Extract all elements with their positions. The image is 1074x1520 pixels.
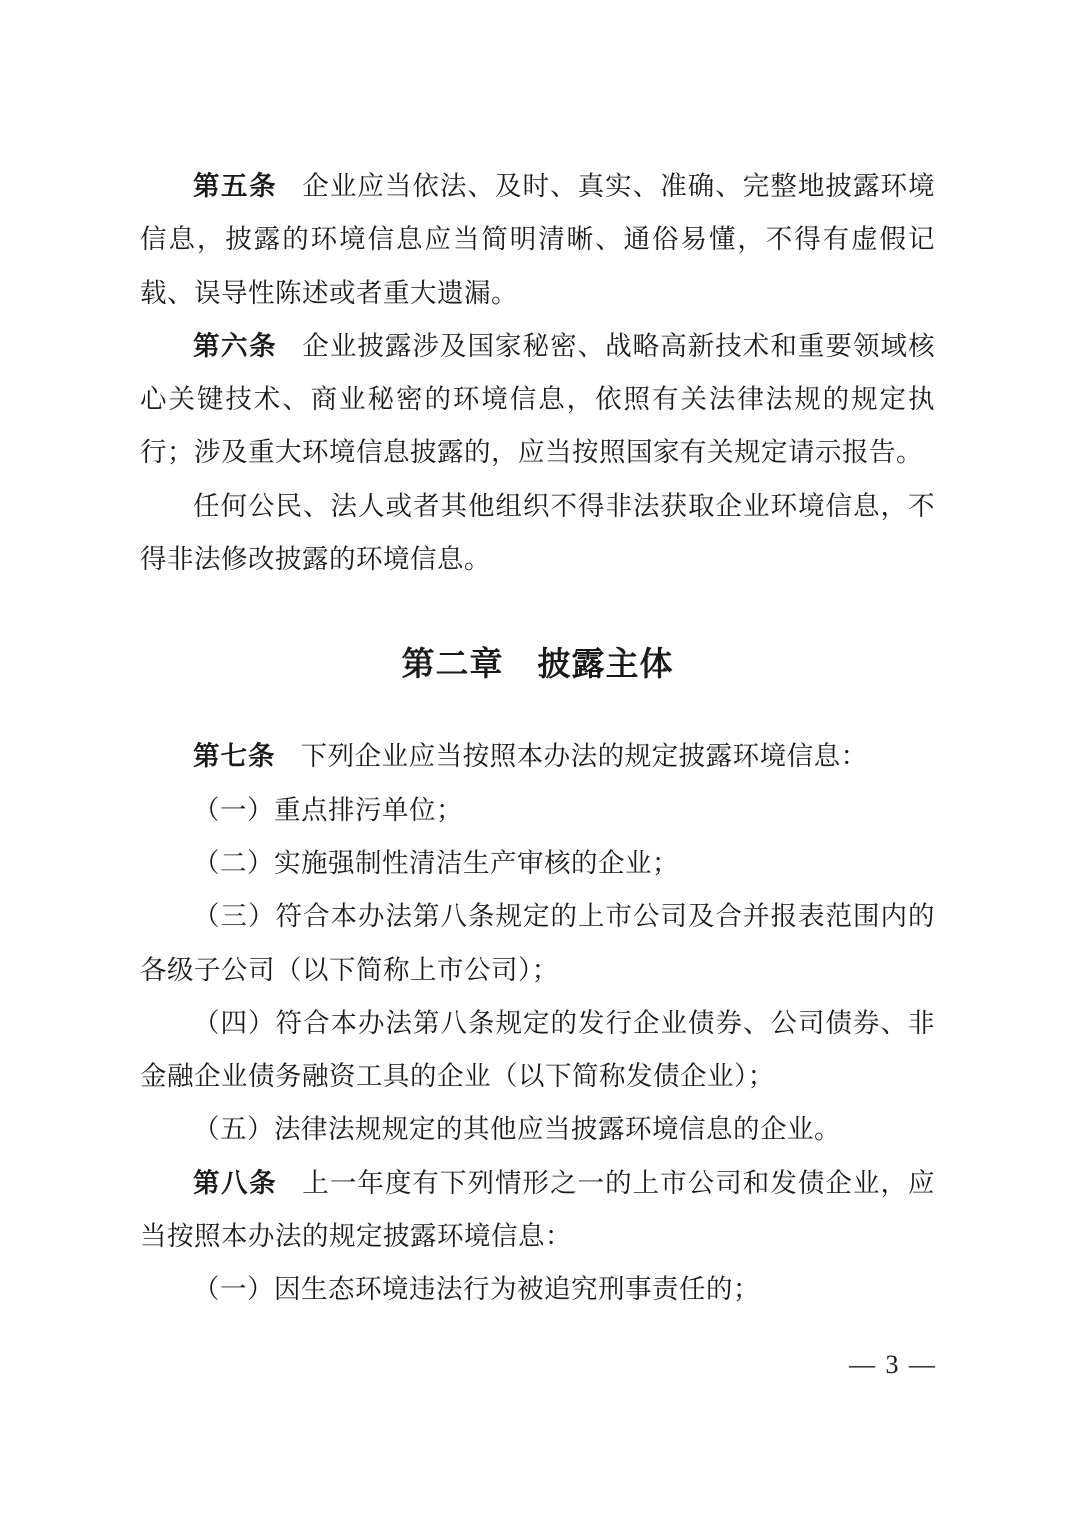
article-7-label: 第七条 [193, 741, 276, 771]
page-number: — 3 — [849, 1348, 937, 1382]
article-6-label: 第六条 [193, 331, 277, 361]
article-5-label: 第五条 [193, 171, 277, 201]
article-7-text: 下列企业应当按照本办法的规定披露环境信息： [301, 741, 868, 771]
article-5-paragraph: 第五条企业应当依法、及时、真实、准确、完整地披露环境信息，披露的环境信息应当简明… [140, 160, 935, 320]
citizen-clause-paragraph: 任何公民、法人或者其他组织不得非法获取企业环境信息，不得非法修改披露的环境信息。 [140, 480, 935, 587]
article-7-item-5: （五）法律法规规定的其他应当披露环境信息的企业。 [140, 1103, 935, 1156]
article-7-paragraph: 第七条下列企业应当按照本办法的规定披露环境信息： [140, 730, 935, 783]
article-7-item-4: （四）符合本办法第八条规定的发行企业债券、公司债券、非金融企业债务融资工具的企业… [140, 997, 935, 1104]
article-8-item-1: （一）因生态环境违法行为被追究刑事责任的； [140, 1263, 935, 1316]
article-8-label: 第八条 [193, 1168, 277, 1198]
article-8-paragraph: 第八条上一年度有下列情形之一的上市公司和发债企业，应当按照本办法的规定披露环境信… [140, 1157, 935, 1264]
article-7-item-1: （一）重点排污单位； [140, 784, 935, 837]
chapter-2-heading: 第二章 披露主体 [140, 642, 935, 686]
article-6-paragraph: 第六条企业披露涉及国家秘密、战略高新技术和重要领域核心关键技术、商业秘密的环境信… [140, 320, 935, 480]
document-body: 第五条企业应当依法、及时、真实、准确、完整地披露环境信息，披露的环境信息应当简明… [140, 160, 935, 1317]
article-7-item-2: （二）实施强制性清洁生产审核的企业； [140, 837, 935, 890]
document-page: 第五条企业应当依法、及时、真实、准确、完整地披露环境信息，披露的环境信息应当简明… [0, 0, 1074, 1520]
article-7-item-3: （三）符合本办法第八条规定的上市公司及合并报表范围内的各级子公司（以下简称上市公… [140, 890, 935, 997]
